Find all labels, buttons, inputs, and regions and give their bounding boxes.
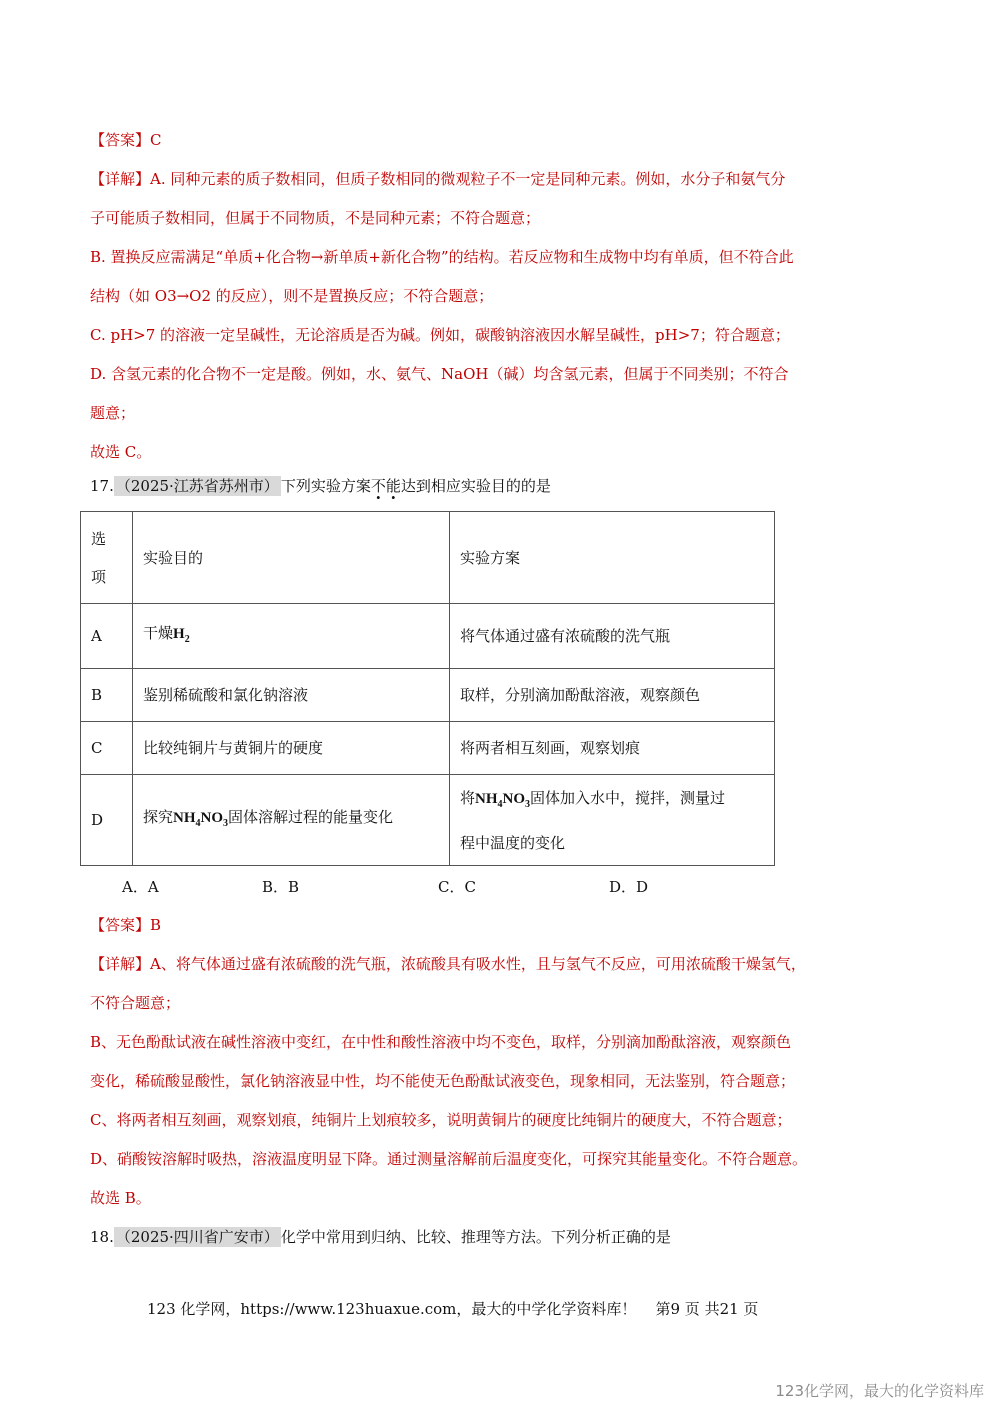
page-number: 第9 页 共21 页 (655, 1300, 758, 1318)
row-plan: 将NH4NO3固体加入水中，搅拌，测量过程中温度的变化 (450, 775, 775, 866)
q17-detail-line-3: B、无色酚酞试液在碱性溶液中变红，在中性和酸性溶液中均不变色，取样，分别滴加酚酞… (90, 1031, 791, 1053)
q16-detail-line-6: D. 含氢元素的化合物不一定是酸。例如，水、氨气、NaOH（碱）均含氢元素，但属… (90, 363, 788, 385)
choice-d[interactable]: D．D (609, 876, 648, 897)
q16-detail-line-7: 题意； (90, 402, 135, 424)
row-plan: 将两者相互刻画，观察划痕 (450, 722, 775, 775)
question-number: 18. (90, 1228, 114, 1246)
choice-a[interactable]: A．A (122, 876, 159, 897)
header-option: 选项 (81, 512, 133, 604)
row-plan: 将气体通过盛有浓硫酸的洗气瓶 (450, 604, 775, 669)
row-goal: 干燥H2 (133, 604, 450, 669)
table-row: A 干燥H2 将气体通过盛有浓硫酸的洗气瓶 (81, 604, 775, 669)
q16-detail-line-1: 【详解】A. 同种元素的质子数相同，但质子数相同的微观粒子不一定是同种元素。例如… (90, 168, 785, 190)
q18-stem: 18.（2025·四川省广安市）化学中常用到归纳、比较、推理等方法。下列分析正确… (90, 1226, 671, 1248)
table-row: D 探究NH4NO3固体溶解过程的能量变化 将NH4NO3固体加入水中，搅拌，测… (81, 775, 775, 866)
q17-answer-line: 【答案】B (90, 914, 161, 936)
row-goal: 比较纯铜片与黄铜片的硬度 (133, 722, 450, 775)
q17-stem: 17.（2025·江苏省苏州市）下列实验方案不能达到相应实验目的的是 (90, 475, 551, 497)
emphasis-char: 能 (386, 477, 401, 495)
document-page: 【答案】C 【详解】A. 同种元素的质子数相同，但质子数相同的微观粒子不一定是同… (0, 0, 992, 1403)
question-source: （2025·江苏省苏州市） (114, 476, 281, 496)
answer-value: B (150, 916, 161, 934)
page-footer: 123 化学网，https://www.123huaxue.com，最大的中学化… (147, 1298, 758, 1319)
q16-detail-line-5: C. pH>7 的溶液一定呈碱性，无论溶质是否为碱。例如，碳酸钠溶液因水解呈碱性… (90, 324, 790, 346)
row-option: B (81, 669, 133, 722)
question-number: 17. (90, 477, 114, 495)
q16-detail-line-4: 结构（如 O3→O2 的反应），则不是置换反应；不符合题意； (90, 285, 493, 307)
q16-answer-line: 【答案】C (90, 129, 162, 151)
table-row: B 鉴别稀硫酸和氯化钠溶液 取样，分别滴加酚酞溶液，观察颜色 (81, 669, 775, 722)
detail-label: 【详解】 (90, 955, 150, 973)
row-option: C (81, 722, 133, 775)
q17-detail-line-4: 变化，稀硫酸显酸性，氯化钠溶液显中性，均不能使无色酚酞试液变色，现象相同，无法鉴… (90, 1070, 795, 1092)
q17-detail-line-2: 不符合题意； (90, 992, 180, 1014)
row-option: A (81, 604, 133, 669)
q17-detail-line-5: C、将两者相互刻画，观察划痕，纯铜片上划痕较多，说明黄铜片的硬度比纯铜片的硬度大… (90, 1109, 791, 1131)
row-goal: 探究NH4NO3固体溶解过程的能量变化 (133, 775, 450, 866)
q17-detail-line-1: 【详解】A、将气体通过盛有浓硫酸的洗气瓶，浓硫酸具有吸水性，且与氢气不反应，可用… (90, 953, 806, 975)
footer-text: 123 化学网，https://www.123huaxue.com，最大的中学化… (147, 1300, 636, 1318)
answer-label: 【答案】 (90, 916, 150, 934)
q17-detail-line-6: D、硝酸铵溶解时吸热，溶液温度明显下降。通过测量溶解前后温度变化，可探究其能量变… (90, 1148, 807, 1170)
emphasis-char: 不 (371, 477, 386, 495)
q16-conclusion: 故选 C。 (90, 441, 151, 463)
chem-formula: NH4NO3 (475, 791, 530, 807)
watermark: 123化学网，最大的化学资料库 (775, 1380, 984, 1401)
row-plan: 取样，分别滴加酚酞溶液，观察颜色 (450, 669, 775, 722)
experiment-table: 选项 实验目的 实验方案 A 干燥H2 将气体通过盛有浓硫酸的洗气瓶 B 鉴别稀… (80, 511, 775, 866)
answer-label: 【答案】 (90, 131, 150, 149)
header-goal: 实验目的 (133, 512, 450, 604)
q16-detail-line-3: B. 置换反应需满足“单质+化合物→新单质+新化合物”的结构。若反应物和生成物中… (90, 246, 794, 268)
chem-formula: NH4NO3 (173, 810, 228, 826)
answer-value: C (150, 131, 161, 149)
row-option: D (81, 775, 133, 866)
q16-detail-line-2: 子可能质子数相同，但属于不同物质，不是同种元素；不符合题意； (90, 207, 540, 229)
detail-label: 【详解】 (90, 170, 150, 188)
table-row: C 比较纯铜片与黄铜片的硬度 将两者相互刻画，观察划痕 (81, 722, 775, 775)
question-source: （2025·四川省广安市） (114, 1227, 281, 1247)
choice-c[interactable]: C．C (438, 876, 476, 897)
table-header-row: 选项 实验目的 实验方案 (81, 512, 775, 604)
row-goal: 鉴别稀硫酸和氯化钠溶液 (133, 669, 450, 722)
q17-conclusion: 故选 B。 (90, 1187, 151, 1209)
header-plan: 实验方案 (450, 512, 775, 604)
choice-b[interactable]: B．B (262, 876, 299, 897)
